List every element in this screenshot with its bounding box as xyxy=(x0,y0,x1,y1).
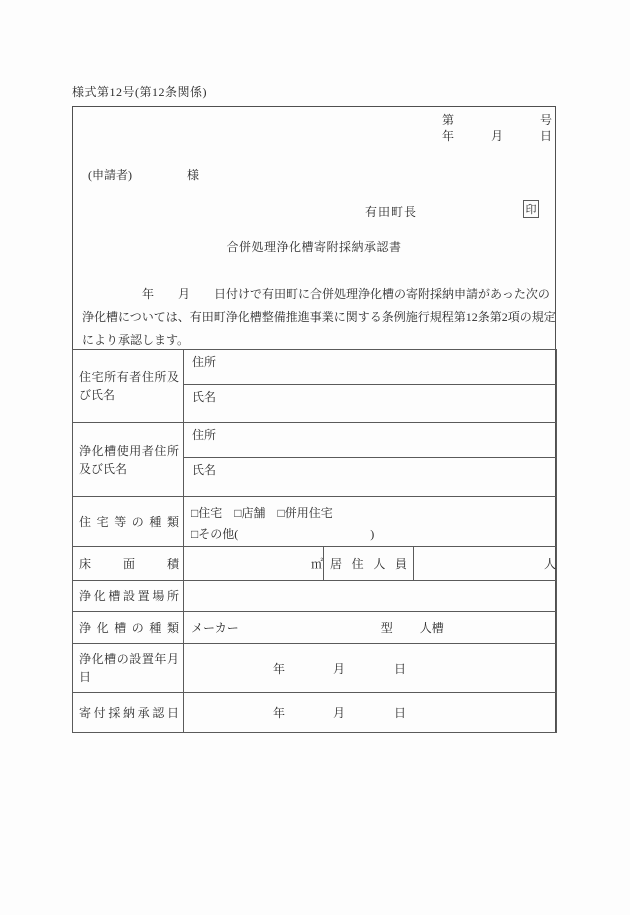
tank-model-label: 型 xyxy=(381,621,393,635)
tank-maker-label: メーカー xyxy=(191,621,239,635)
owner-address-row: 住宅所有者住所及び氏名 住所 xyxy=(73,350,557,385)
location-label: 浄化槽設置場所 xyxy=(73,581,184,612)
date-day-label: 日 xyxy=(540,128,552,144)
location-row: 浄化槽設置場所 xyxy=(73,581,557,612)
owner-label: 住宅所有者住所及び氏名 xyxy=(73,350,184,423)
install-date-year-label: 年 xyxy=(273,662,285,676)
body-line: 浄化槽については、有田町浄化槽整備推進事業に関する条例施行規程第12条第2項の規… xyxy=(82,306,552,329)
occupants-value-cell: 人 xyxy=(414,547,557,581)
location-value-cell xyxy=(184,581,557,612)
approval-date-year-label: 年 xyxy=(273,706,285,720)
approval-date-day-label: 日 xyxy=(394,706,406,720)
date-year-label: 年 xyxy=(442,128,454,144)
applicant-honorific: 様 xyxy=(187,168,199,182)
form-number-label: 様式第12号(第12条関係) xyxy=(72,83,207,100)
approval-date-label: 寄付採納承認日 xyxy=(73,693,184,733)
date-month-label: 月 xyxy=(491,128,503,144)
user-label: 浄化槽使用者住所及び氏名 xyxy=(73,423,184,497)
document-date-line: 年 月 日 xyxy=(442,128,552,144)
house-type-row: 住宅等の種類 □住宅 □店舗 □併用住宅 □その他( ) xyxy=(73,497,557,547)
floor-area-value-cell: ㎡ xyxy=(184,547,324,581)
house-type-options-line1: □住宅 □店舗 □併用住宅 xyxy=(191,503,556,524)
occupants-label: 居住人員 xyxy=(324,547,414,581)
approval-date-month-label: 月 xyxy=(333,706,345,720)
user-address-row: 浄化槽使用者住所及び氏名 住所 xyxy=(73,423,557,458)
mayor-name: 有田町長 xyxy=(365,203,417,220)
user-name-cell: 氏名 xyxy=(184,458,557,497)
floor-area-label: 床面積 xyxy=(73,547,184,581)
tank-capacity-label: 人槽 xyxy=(420,621,444,635)
document-page: 様式第12号(第12条関係) 第 号 年 月 日 (申請者) 様 有田町長 印 … xyxy=(0,0,630,915)
house-type-options-cell: □住宅 □店舗 □併用住宅 □その他( ) xyxy=(184,497,557,547)
seal-mark: 印 xyxy=(523,200,539,218)
doc-number-suffix: 号 xyxy=(540,112,552,128)
tank-type-row: 浄化槽の種類 メーカー 型 人槽 xyxy=(73,612,557,644)
form-table: 住宅所有者住所及び氏名 住所 氏名 浄化槽使用者住所及び氏名 住所 氏名 住宅等… xyxy=(72,349,557,733)
approval-date-row: 寄付採納承認日 年 月 日 xyxy=(73,693,557,733)
install-date-value-cell: 年 月 日 xyxy=(184,644,557,693)
approval-date-value-cell: 年 月 日 xyxy=(184,693,557,733)
user-address-cell: 住所 xyxy=(184,423,557,458)
install-date-label: 浄化槽の設置年月日 xyxy=(73,644,184,693)
tank-type-value-cell: メーカー 型 人槽 xyxy=(184,612,557,644)
floor-area-row: 床面積 ㎡ 居住人員 人 xyxy=(73,547,557,581)
tank-type-label: 浄化槽の種類 xyxy=(73,612,184,644)
install-date-month-label: 月 xyxy=(333,662,345,676)
applicant-line: (申請者) 様 xyxy=(88,166,199,183)
house-type-options-line2: □その他( ) xyxy=(191,524,556,545)
install-date-day-label: 日 xyxy=(394,662,406,676)
doc-number-prefix: 第 xyxy=(442,112,454,128)
document-title: 合併処理浄化槽寄附採納承認書 xyxy=(73,238,555,255)
owner-name-cell: 氏名 xyxy=(184,385,557,423)
owner-address-cell: 住所 xyxy=(184,350,557,385)
house-type-label: 住宅等の種類 xyxy=(73,497,184,547)
applicant-label: (申請者) xyxy=(88,168,132,182)
body-paragraph: 年 月 日付けで有田町に合併処理浄化槽の寄附採納申請があった次の 浄化槽について… xyxy=(82,283,552,352)
document-border-box: 第 号 年 月 日 (申請者) 様 有田町長 印 合併処理浄化槽寄附採納承認書 … xyxy=(72,106,556,733)
document-number-line: 第 号 xyxy=(442,112,552,128)
install-date-row: 浄化槽の設置年月日 年 月 日 xyxy=(73,644,557,693)
body-line: 年 月 日付けで有田町に合併処理浄化槽の寄附採納申請があった次の xyxy=(82,283,552,306)
